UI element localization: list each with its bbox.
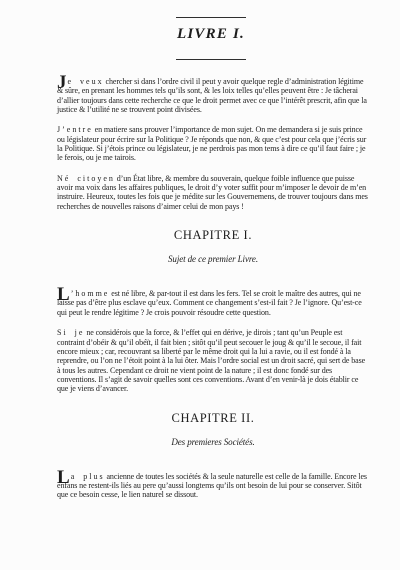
paragraph: Je veux chercher si dans l’ordre civil i… — [57, 77, 369, 114]
text-column: Je veux chercher si dans l’ordre civil i… — [57, 77, 369, 500]
paragraph-opening-words: Si je — [57, 328, 84, 337]
paragraph: La plus ancienne de toutes les sociétés … — [57, 472, 369, 500]
paragraph-opening-words: Né citoyen — [57, 174, 115, 183]
chapter-2-heading: CHAPITRE II. — [57, 411, 369, 425]
paragraph: Si je ne considérois que la force, & l’e… — [57, 328, 369, 393]
paragraph-opening-words: J’entre — [57, 125, 93, 134]
title-bottom-rule — [176, 59, 246, 60]
chapter-2-subtitle: Des premieres Sociétés. — [57, 437, 369, 448]
chapter-1-heading: CHAPITRE I. — [57, 228, 369, 242]
paragraph: Né citoyen d’un État libre, & membre du … — [57, 174, 369, 211]
paragraph-opening-words: e veux — [68, 77, 104, 86]
paragraph-opening-words: ’homme — [71, 289, 110, 298]
paragraph-text: en matiere sans prouver l’importance de … — [57, 125, 366, 162]
paragraph-text: ne considérois que la force, & l’effet q… — [57, 328, 365, 393]
paragraph-text: chercher si dans l’ordre civil il peut y… — [57, 77, 367, 114]
chapter-1-subtitle: Sujet de ce premier Livre. — [57, 254, 369, 265]
paragraph-opening-words: a plus — [71, 472, 105, 481]
title-top-rule — [176, 17, 246, 18]
paragraph: L’homme est né libre, & par-tout il est … — [57, 289, 369, 317]
paragraph: J’entre en matiere sans prouver l’import… — [57, 125, 369, 162]
book-title: LIVRE I. — [11, 26, 400, 43]
book-page: LIVRE I. Je veux chercher si dans l’ordr… — [0, 0, 400, 570]
